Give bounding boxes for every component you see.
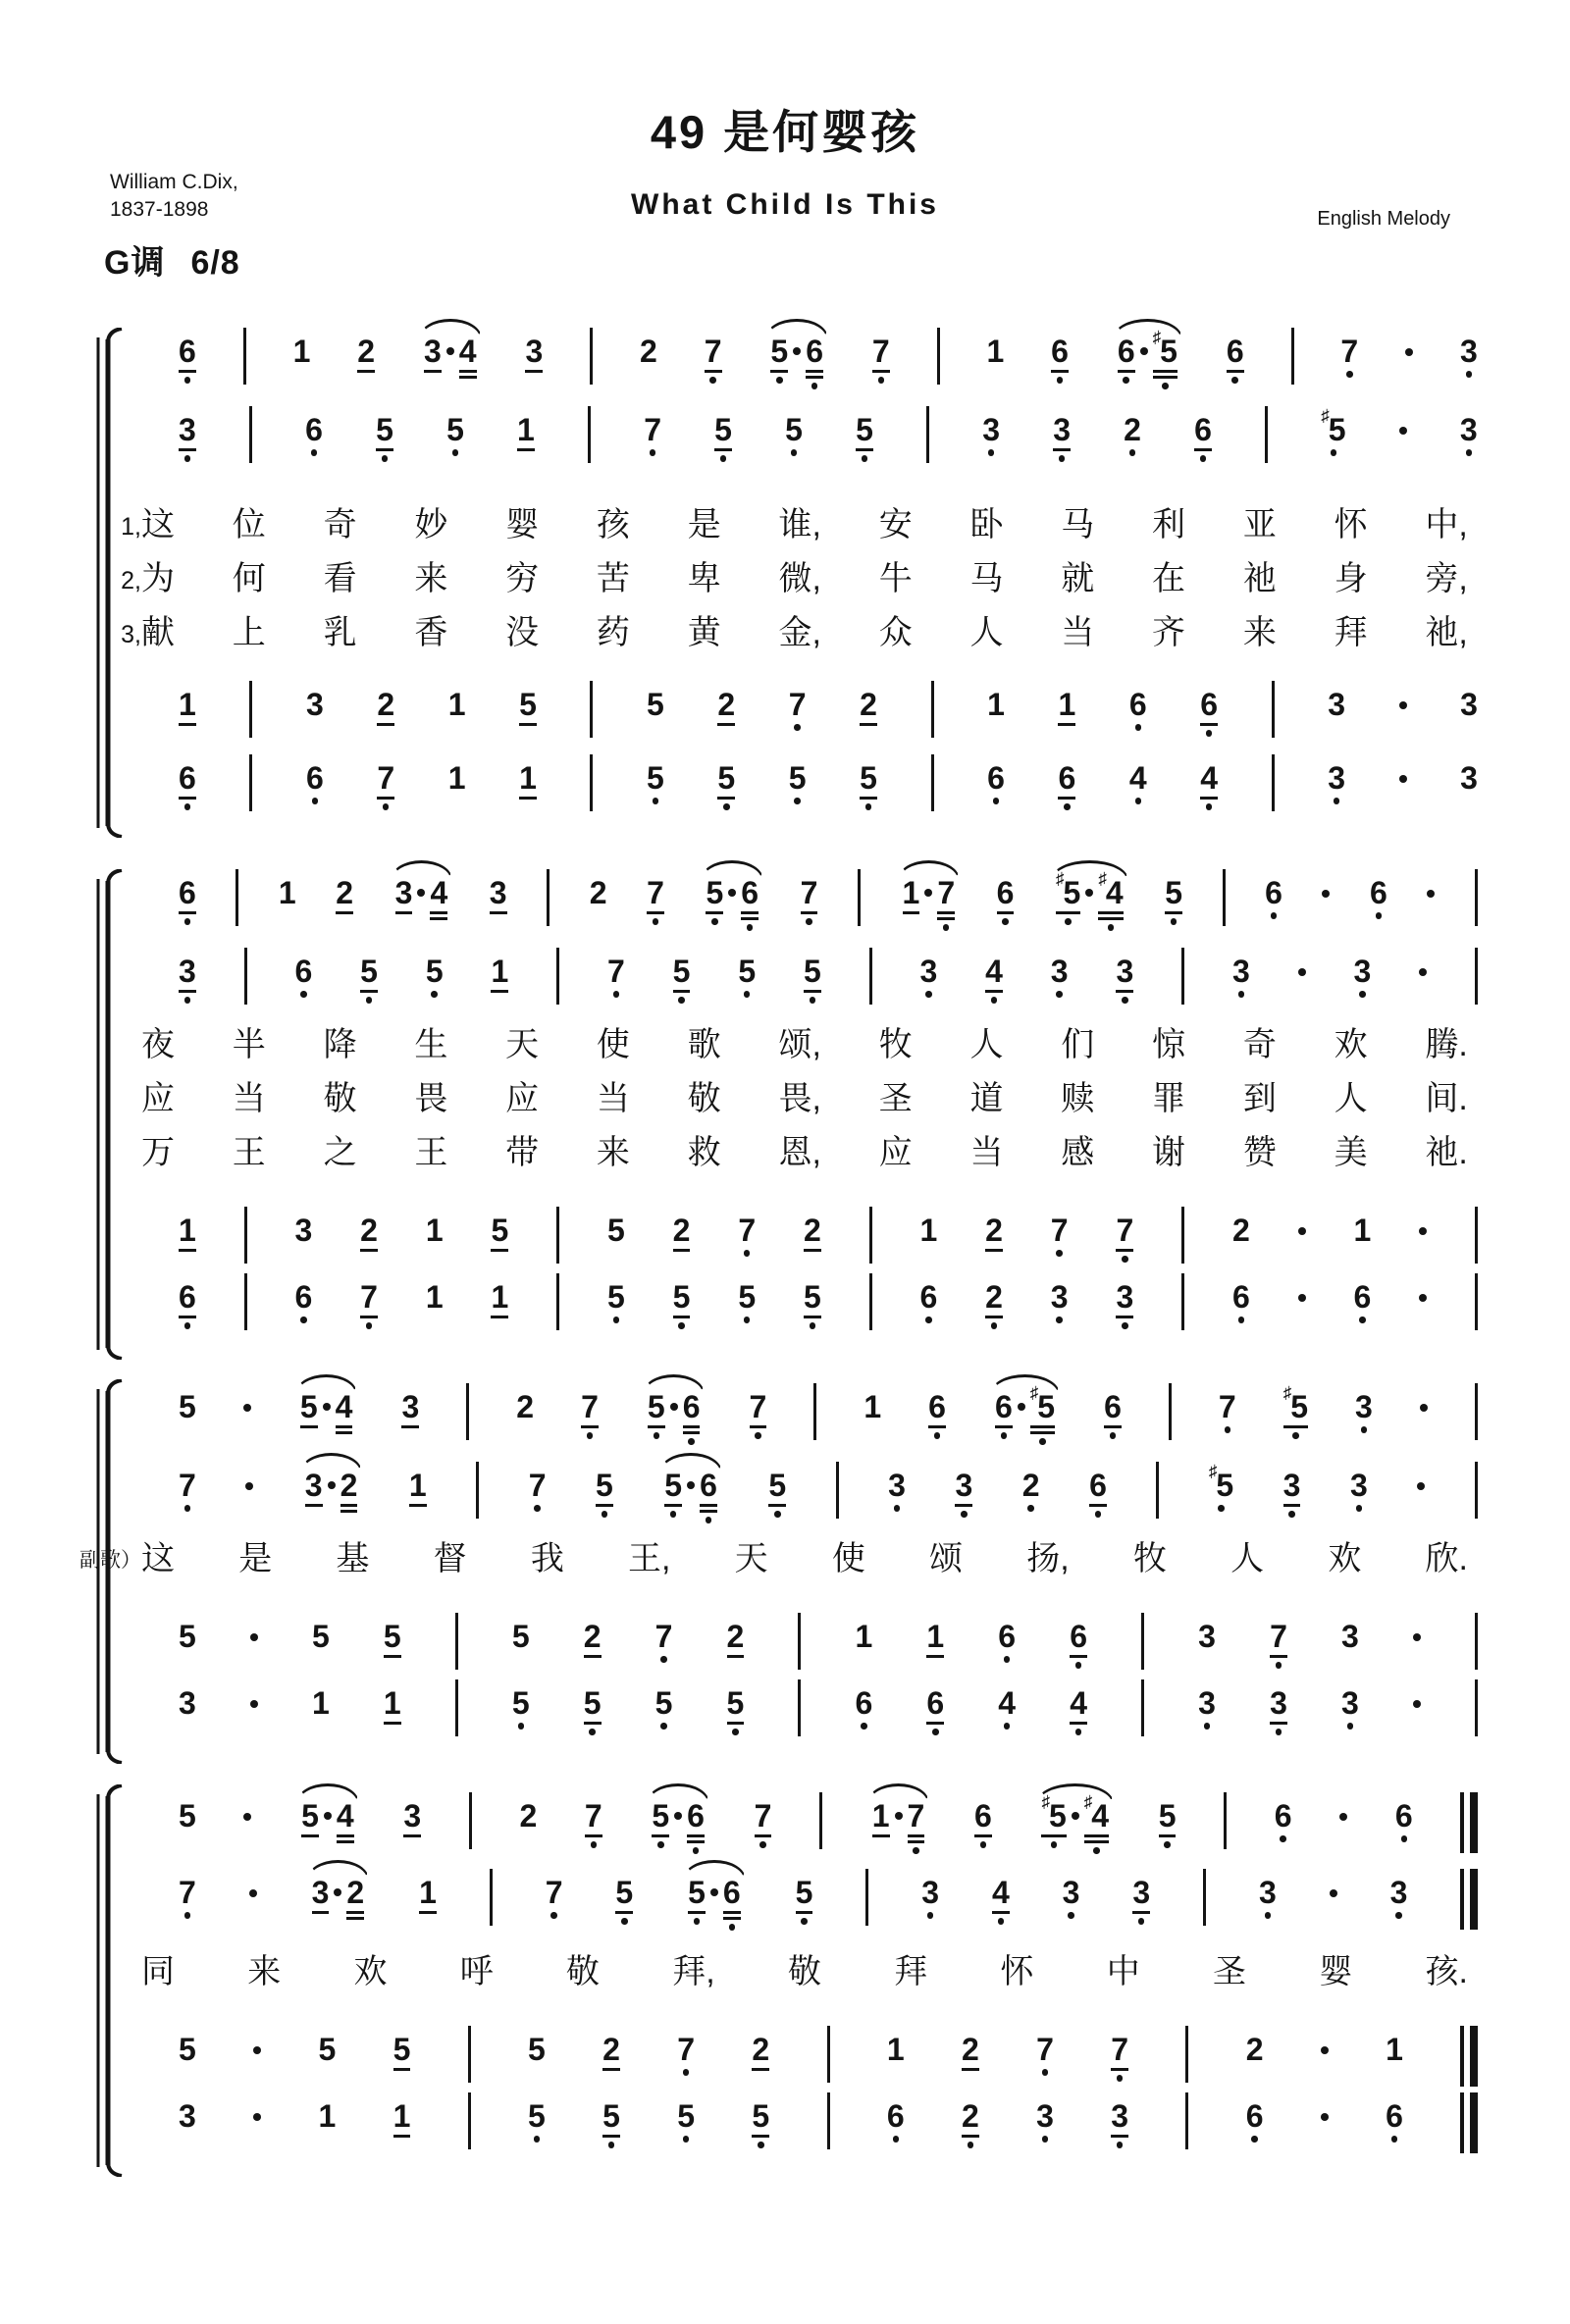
rhythm-dot	[328, 1481, 336, 1489]
lyric-char: 众	[879, 615, 913, 651]
low-octave-dot	[1164, 1841, 1171, 1848]
note-digit-row: 1	[393, 2100, 411, 2132]
low-octave-dot	[1288, 1511, 1295, 1518]
beam-underline	[926, 1655, 944, 1658]
barline	[1156, 1462, 1159, 1519]
rhythm-dot	[1413, 1700, 1421, 1708]
beam-underline	[992, 1911, 1010, 1914]
note-digit: 7	[179, 1470, 196, 1501]
beam-underline	[179, 990, 196, 993]
note-digit: 4	[336, 1391, 353, 1422]
key-signature: G调6/8	[104, 235, 240, 284]
note: 3	[1051, 1281, 1069, 1323]
note-digit-row: ♯5	[1283, 1391, 1308, 1422]
lyric-prefix: 2,	[121, 568, 141, 595]
barline	[1475, 869, 1478, 926]
note: 5	[860, 762, 877, 810]
lyric-char: 是	[238, 1541, 272, 1577]
note-digit-row: 2	[1022, 1470, 1040, 1501]
note-digit-row: 5	[673, 1281, 691, 1313]
note-digit-row: 6	[1227, 336, 1244, 367]
note-digit-row: 7	[789, 689, 807, 720]
note-digit: 5	[804, 1281, 821, 1313]
note: 6	[1246, 2100, 1264, 2143]
barline	[590, 328, 593, 385]
note: 1	[986, 336, 1004, 367]
low-octave-dot	[591, 1841, 598, 1848]
beam-underline	[584, 1722, 602, 1725]
note-digit-row: 5	[804, 1281, 821, 1313]
note: 3	[403, 1800, 421, 1837]
low-octave-dot	[1064, 803, 1071, 810]
rhythm-dot	[687, 1481, 695, 1489]
note-digit-row: 5	[1165, 877, 1182, 908]
note-digit-row: ♯5	[1209, 1470, 1233, 1501]
note: 5	[312, 1621, 330, 1652]
low-octave-dot	[1004, 1656, 1011, 1663]
note-digit-row: 1	[863, 1391, 881, 1422]
note: 5	[1165, 877, 1182, 925]
note-digit: 3	[1116, 1281, 1133, 1313]
beam-underline	[926, 1722, 944, 1725]
note-digit: 5	[512, 1621, 530, 1652]
note-digit: 1	[872, 1800, 890, 1832]
slur-group: 56	[662, 1470, 719, 1524]
note: 2	[717, 689, 735, 726]
low-octave-dot	[678, 1322, 685, 1329]
notes-row-bass: 667115555623366	[179, 1281, 1478, 1366]
beam-underline	[856, 448, 873, 451]
note-digit-row: 2	[590, 877, 607, 908]
beam-underline	[584, 1655, 602, 1658]
note-digit-row: 6	[683, 1391, 701, 1422]
lyric-char: 圣	[1213, 1954, 1246, 1990]
note-digit-row: 3	[305, 1470, 323, 1501]
note-digit: 5	[738, 955, 756, 987]
note-digit: 7	[801, 877, 818, 908]
note: 5	[647, 762, 664, 804]
lyrics-verse-1: 夜半降生天使歌颂,牧人们惊奇欢腾.	[141, 1018, 1468, 1063]
note: 6	[295, 955, 313, 998]
beam-underline	[340, 1510, 358, 1513]
note-digit-row: 1	[179, 1214, 196, 1246]
note: 1	[517, 414, 535, 451]
note-digit: 2	[1232, 1214, 1250, 1246]
barline	[813, 1383, 816, 1440]
note: 6	[919, 1281, 937, 1323]
low-octave-dot	[688, 1438, 695, 1445]
note: 7	[705, 336, 722, 384]
beam-underline	[985, 990, 1003, 993]
note-digit: 5	[1216, 1470, 1233, 1501]
note: ♯5	[1209, 1470, 1233, 1512]
slur-arc-icon	[391, 860, 453, 880]
low-octave-dot	[934, 1432, 941, 1439]
note-digit: 2	[985, 1214, 1003, 1246]
low-octave-dot	[723, 803, 730, 810]
note: 3	[305, 1470, 323, 1507]
note: 2	[1022, 1470, 1040, 1512]
note-digit-row: 7	[738, 1214, 756, 1246]
rhythm-dot	[1420, 1404, 1428, 1412]
note-digit: 5	[528, 2100, 546, 2132]
note: ♯5	[1321, 414, 1345, 456]
note-digit: 5	[785, 414, 803, 445]
low-octave-dot	[720, 455, 727, 462]
barline	[869, 948, 872, 1005]
low-octave-dot	[961, 1511, 968, 1518]
note: 2	[727, 1621, 745, 1658]
note-digit: 6	[683, 1391, 701, 1422]
rhythm-dot	[446, 347, 454, 355]
note-digit-row: 2	[860, 689, 877, 720]
beam-underline	[1116, 990, 1133, 993]
beam-underline	[860, 723, 877, 726]
note-digit-row: 2	[717, 689, 735, 720]
notes-row-bass: 31155556644333	[179, 1687, 1478, 1772]
lyric-char: 这1,	[141, 507, 175, 543]
final-barline-thin	[1460, 1792, 1464, 1853]
lyric-char: 牧	[1133, 1541, 1167, 1577]
note-digit-row: 4	[1129, 762, 1147, 794]
rhythm-dot	[670, 1403, 678, 1411]
note-digit: 4	[459, 336, 477, 367]
barline	[827, 2092, 830, 2149]
note-digit-row: 6	[1386, 2100, 1403, 2132]
beam-underline	[517, 448, 535, 451]
low-octave-dot	[1095, 1511, 1102, 1518]
note-digit: 7	[1111, 2034, 1128, 2065]
beam-underline	[491, 1316, 508, 1318]
note-digit: 2	[1022, 1470, 1040, 1501]
slur-group: 32	[310, 1877, 367, 1920]
note-digit-row: 5	[301, 1800, 319, 1832]
note: 7	[789, 689, 807, 731]
lyric-char: 之	[324, 1135, 357, 1171]
note-digit-row: 6	[998, 1621, 1016, 1652]
low-octave-dot	[1331, 449, 1337, 456]
lyric-char: 安	[879, 507, 913, 543]
barline	[468, 2026, 471, 2083]
note: 3	[179, 1687, 196, 1719]
note-digit: 1	[419, 1877, 437, 1908]
note: 5	[673, 955, 691, 1004]
lyric-char: 香	[414, 615, 447, 651]
note-digit: 7	[607, 955, 625, 987]
lyric-char: 牛	[879, 561, 913, 597]
beam-underline	[796, 1911, 813, 1914]
note-digit-row: 5	[607, 1281, 625, 1313]
lyric-char: 就	[1061, 561, 1094, 597]
low-octave-dot	[1334, 798, 1340, 804]
note-digit-row: 6	[305, 414, 323, 445]
final-barline	[1460, 2092, 1478, 2153]
note-digit: 5	[804, 955, 821, 987]
note-digit: 6	[1051, 336, 1069, 367]
lyrics-verse-2: 为2,何看来穷苦卑微,牛马就在祂身旁,	[141, 552, 1468, 597]
slur-arc-icon	[701, 860, 763, 880]
lyric-char: 使	[832, 1541, 865, 1577]
beam-underline	[1111, 2068, 1128, 2071]
note-digit-row: 3	[1341, 1687, 1359, 1719]
note: 7	[377, 762, 394, 810]
note: 6	[1129, 689, 1147, 731]
note-digit-row: 2	[584, 1621, 602, 1652]
system-bracket-icon	[84, 328, 124, 838]
note-digit-row: 5	[727, 1687, 745, 1719]
note-digit: 3	[1328, 689, 1345, 720]
note: 1	[312, 1687, 330, 1719]
final-barline-thin	[1460, 2026, 1464, 2087]
note-digit: 6	[700, 1470, 717, 1501]
beam-underline	[903, 911, 920, 914]
beam-underline	[804, 1249, 821, 1252]
note-digit: 5	[491, 1214, 508, 1246]
note-digit-row: 5	[376, 414, 393, 445]
lyric-char: 救	[688, 1135, 721, 1171]
note-digit: 6	[995, 1391, 1013, 1422]
barline	[1185, 2092, 1188, 2149]
note: 6	[1089, 1470, 1107, 1518]
note: 5	[607, 1281, 625, 1323]
low-octave-dot	[1001, 1432, 1008, 1439]
note: 1	[419, 1877, 437, 1914]
lyric-char: 奇	[324, 507, 357, 543]
low-octave-dot	[759, 1841, 766, 1848]
note-digit: 2	[804, 1214, 821, 1246]
note-digit: 3	[955, 1470, 972, 1501]
rhythm-dot	[1419, 968, 1427, 976]
slur-group: 32	[303, 1470, 360, 1513]
note-digit-row: 6	[1051, 336, 1069, 367]
note-digit-row: 1	[426, 1214, 444, 1246]
low-octave-dot	[1068, 1912, 1074, 1919]
note: 7	[750, 1391, 767, 1439]
beam-underline	[860, 797, 877, 800]
beam-underline	[337, 1840, 354, 1843]
beam-underline	[301, 1834, 319, 1837]
note-digit: 3	[1350, 1470, 1368, 1501]
note-digit: 1	[517, 414, 535, 445]
beam-underline	[1084, 1834, 1109, 1837]
low-octave-dot	[1122, 1256, 1128, 1263]
note-digit: 6	[295, 955, 313, 987]
beam-underline	[1070, 1655, 1087, 1658]
low-octave-dot	[794, 798, 801, 804]
beam-underline	[1098, 917, 1123, 920]
low-octave-dot	[1051, 1841, 1058, 1848]
note-digit: 1	[426, 1214, 444, 1246]
slur-group: 56	[768, 336, 825, 389]
note-digit: 7	[1116, 1214, 1133, 1246]
rhythm-dot	[253, 2113, 261, 2121]
note: 3	[888, 1470, 906, 1512]
note: 3	[179, 955, 196, 1004]
note-digit: 6	[987, 762, 1005, 794]
note-digit-row: 7	[1051, 1214, 1069, 1246]
lyric-char: 敬	[688, 1081, 721, 1117]
note: 3	[1460, 336, 1478, 378]
rhythm-dot	[895, 1812, 903, 1820]
low-octave-dot	[1265, 1912, 1272, 1919]
note: 3	[1328, 689, 1345, 720]
notes-row-soprano: 61234327567176♯5♯4566	[179, 877, 1478, 961]
note-digit-row: 1	[384, 1687, 401, 1719]
barline	[590, 754, 593, 811]
slur-arc-icon	[1051, 860, 1128, 880]
barline	[937, 328, 940, 385]
beam-underline	[700, 1510, 717, 1513]
note-digit: 4	[1106, 877, 1124, 908]
note-digit-row: 7	[677, 2034, 695, 2065]
low-octave-dot	[927, 1912, 934, 1919]
low-octave-dot	[1356, 1505, 1363, 1512]
note: 2	[516, 1391, 534, 1422]
lyric-char: 人	[1334, 1081, 1368, 1117]
beam-underline	[403, 1834, 421, 1837]
lyric-char: 感	[1061, 1135, 1094, 1171]
note: 3	[1283, 1470, 1301, 1518]
beam-underline	[1051, 370, 1069, 373]
note-digit-row: 4	[1200, 762, 1218, 794]
note-digit-row: 4	[992, 1877, 1010, 1908]
beam-underline	[1283, 1504, 1301, 1507]
lyric-char: 牧	[879, 1027, 913, 1063]
note-digit-row: 6	[1118, 336, 1135, 367]
note-digit-row: 5	[179, 1621, 196, 1652]
note-digit: 3	[1051, 955, 1069, 987]
note: 6	[987, 762, 1005, 804]
low-octave-dot	[711, 918, 718, 925]
low-octave-dot	[1056, 991, 1063, 998]
note: 6	[723, 1877, 741, 1931]
beam-underline	[937, 911, 955, 914]
melody-credit: English Melody	[1317, 208, 1450, 231]
note-digit: 5	[648, 1391, 665, 1422]
note: 7	[360, 1281, 378, 1329]
notes-row-bass: 667115555664433	[179, 762, 1478, 847]
note-digit-row: 7	[1116, 1214, 1133, 1246]
beam-underline	[336, 911, 353, 914]
note-digit-row: 6	[179, 762, 196, 794]
beam-underline	[1227, 370, 1244, 373]
note-digit: 3	[1111, 2100, 1128, 2132]
rhythm-dot	[323, 1403, 331, 1411]
low-octave-dot	[184, 377, 191, 384]
note-digit: 1	[293, 336, 311, 367]
low-octave-dot	[744, 991, 751, 998]
lyric-char: 拜,	[672, 1954, 714, 1990]
low-octave-dot	[732, 1729, 739, 1735]
note-digit-row: 4	[985, 955, 1003, 987]
note-digit-row: 6	[1353, 1281, 1371, 1313]
note-digit: 5	[1165, 877, 1182, 908]
low-octave-dot	[518, 1723, 525, 1730]
beam-underline	[937, 917, 955, 920]
note-digit: 3	[395, 877, 413, 908]
note: 3	[1198, 1687, 1216, 1730]
rhythm-dot	[249, 1889, 257, 1897]
note-digit-row: 6	[919, 1281, 937, 1313]
low-octave-dot	[1135, 798, 1142, 804]
note-digit-row: 2	[346, 1877, 364, 1908]
beam-underline	[490, 911, 507, 914]
note-digit-row: 5	[677, 2100, 695, 2132]
note-digit: 3	[403, 1800, 421, 1832]
slur-group: ♯5♯4	[1039, 1800, 1111, 1854]
lyric-char: 美	[1334, 1135, 1368, 1171]
note-digit-row: 7	[546, 1877, 563, 1908]
beam-underline	[179, 723, 196, 726]
note: ♯4	[1098, 877, 1123, 931]
note: 2	[519, 1800, 537, 1832]
note: 6	[856, 1687, 873, 1730]
note: 5	[796, 1877, 813, 1925]
note-digit-row: 5	[796, 1877, 813, 1908]
rhythm-dot	[674, 1812, 682, 1820]
low-octave-dot	[991, 1322, 998, 1329]
note: 6	[1275, 1800, 1292, 1842]
note: 6	[295, 1281, 313, 1323]
note-digit-row: 3	[1259, 1877, 1277, 1908]
beam-underline	[687, 1834, 705, 1837]
beam-underline	[1159, 1834, 1177, 1837]
note-digit: 6	[1275, 1800, 1292, 1832]
note-digit-row: 3	[1198, 1621, 1216, 1652]
beam-underline	[1200, 797, 1218, 800]
note-digit: 7	[1270, 1621, 1287, 1652]
slur-group: 56	[704, 877, 760, 931]
note: 5	[804, 1281, 821, 1329]
note: 5	[179, 1621, 196, 1652]
note: 5	[426, 955, 444, 998]
low-octave-dot	[1206, 730, 1213, 737]
low-octave-dot	[683, 2136, 690, 2143]
note-digit: 2	[985, 1281, 1003, 1313]
barline	[1475, 1207, 1478, 1264]
note: 3	[395, 877, 413, 914]
note: 3	[1051, 955, 1069, 998]
note-digit: 7	[908, 1800, 925, 1832]
note-digit-row: 3	[888, 1470, 906, 1501]
lyric-char: 王	[233, 1135, 266, 1171]
rhythm-dot	[417, 889, 425, 897]
note-digit: 5	[446, 414, 464, 445]
note-digit: 5	[584, 1687, 602, 1719]
note: 7	[647, 877, 664, 925]
note: 1	[409, 1470, 427, 1507]
lyric-char: 奇	[1243, 1027, 1277, 1063]
beam-underline	[419, 1911, 437, 1914]
lyric-char: 怀	[1334, 507, 1368, 543]
lyric-char: 上	[233, 615, 266, 651]
note-digit-row: 3	[919, 955, 937, 987]
barline	[1475, 1273, 1478, 1330]
low-octave-dot	[613, 1317, 620, 1323]
beam-underline	[648, 1425, 665, 1428]
lyric-char: 当	[233, 1081, 266, 1117]
note-digit: 5	[752, 2100, 769, 2132]
note-digit-row: 1	[448, 689, 466, 720]
note-digit: 6	[856, 1687, 873, 1719]
note-digit-row: 6	[306, 762, 324, 794]
note-digit: 7	[738, 1214, 756, 1246]
note: 2	[752, 2034, 769, 2071]
note-digit-row: 6	[1194, 414, 1212, 445]
note: 5	[491, 1214, 508, 1252]
note-digit: 5	[738, 1281, 756, 1313]
note-digit: 3	[888, 1470, 906, 1501]
